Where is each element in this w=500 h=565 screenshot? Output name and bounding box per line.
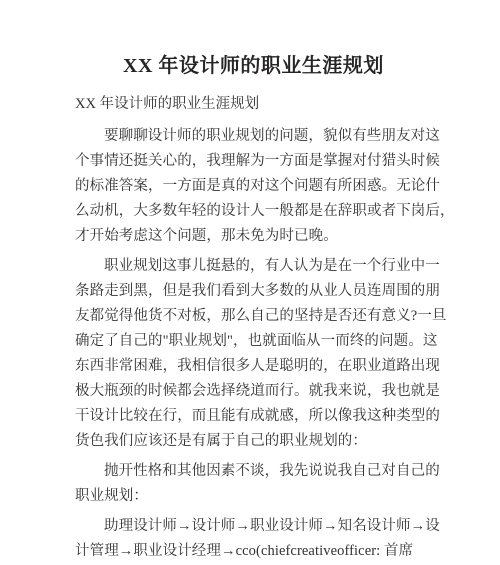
paragraph-line: 才开始考虑这个问题，那未免为时已晚。 [75,224,432,249]
paragraph-line: 条路走到黑，但是我们看到大多数的从业人员连周围的朋 [75,279,432,304]
document-title: XX 年设计师的职业生涯规划 [75,50,432,82]
paragraph-line: 干设计比较在行，而且能有成就感，所以像我这种类型的 [75,404,432,429]
paragraph-line: 的标准答案，一方面是真的对这个问题有所困惑。无论什 [75,174,432,199]
document-subtitle: XX 年设计师的职业生涯规划 [75,93,432,115]
paragraph-line: 计管理→职业设计经理→cco(chiefcreativeofficer: 首席 [75,539,432,564]
paragraph-3: 抛开性格和其他因素不谈，我先说说我自己对自己的 职业规划： [75,459,432,509]
paragraph-2: 职业规划这事儿挺悬的，有人认为是在一个行业中一 条路走到黑，但是我们看到大多数的… [75,254,432,454]
paragraph-line: 抛开性格和其他因素不谈，我先说说我自己对自己的 [75,459,432,484]
paragraph-line: 职业规划这事儿挺悬的，有人认为是在一个行业中一 [75,254,432,279]
paragraph-1: 要聊聊设计师的职业规划的问题，貌似有些朋友对这 个事情还挺关心的，我理解为一方面… [75,124,432,249]
paragraph-line: 个事情还挺关心的，我理解为一方面是掌握对付猎头时候 [75,149,432,174]
paragraph-line: 友都觉得他货不对板，那么自己的坚持是否还有意义?一旦 [75,304,432,329]
paragraph-line: 么动机，大多数年轻的设计人一般都是在辞职或者下岗后， [75,199,432,224]
paragraph-line: 职业规划： [75,484,432,509]
document-page: XX 年设计师的职业生涯规划 XX 年设计师的职业生涯规划 要聊聊设计师的职业规… [0,0,500,565]
paragraph-4-career-path: 助理设计师→设计师→职业设计师→知名设计师→设 计管理→职业设计经理→cco(c… [75,514,432,564]
paragraph-line: 要聊聊设计师的职业规划的问题，貌似有些朋友对这 [75,124,432,149]
paragraph-line: 极大瓶颈的时候都会选择绕道而行。就我来说，我也就是 [75,379,432,404]
paragraph-line: 助理设计师→设计师→职业设计师→知名设计师→设 [75,514,432,539]
paragraph-line: 确定了自己的"职业规划"，也就面临从一而终的问题。这 [75,329,432,354]
paragraph-line: 货色我们应该还是有属于自己的职业规划的： [75,429,432,454]
paragraph-line: 东西非常困难，我相信很多人是聪明的，在职业道路出现 [75,354,432,379]
document-content: XX 年设计师的职业生涯规划 XX 年设计师的职业生涯规划 要聊聊设计师的职业规… [75,50,432,565]
